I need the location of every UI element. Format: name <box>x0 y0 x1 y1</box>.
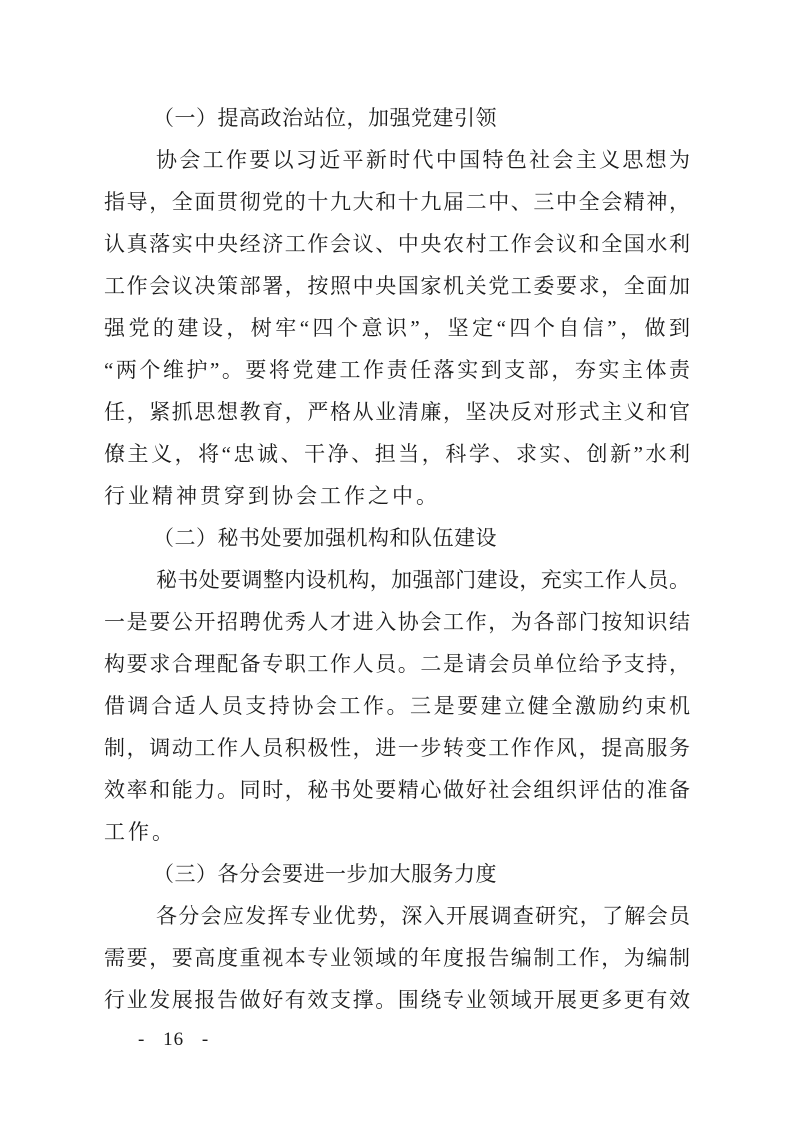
paragraph-line: 指导，全面贯彻党的十九大和十九届二中、三中全会精神， <box>104 181 690 223</box>
paragraph-line: 协会工作要以习近平新时代中国特色社会主义思想为 <box>104 139 690 181</box>
paragraph-line: 行业发展报告做好有效支撑。围绕专业领域开展更多更有效 <box>104 979 690 1021</box>
page-number: - 16 - <box>138 1026 209 1054</box>
paragraph-line: 一是要公开招聘优秀人才进入协会工作，为各部门按知识结 <box>104 601 690 643</box>
paragraph-line: 秘书处要调整内设机构，加强部门建设，充实工作人员。 <box>104 559 690 601</box>
paragraph-line: 制，调动工作人员积极性，进一步转变工作作风，提高服务 <box>104 727 690 769</box>
document-body: （一）提高政治站位，加强党建引领协会工作要以习近平新时代中国特色社会主义思想为指… <box>104 97 690 1021</box>
paragraph-line: 行业精神贯穿到协会工作之中。 <box>104 475 690 517</box>
paragraph-line: 认真落实中央经济工作会议、中央农村工作会议和全国水利 <box>104 223 690 265</box>
paragraph-line: 强党的建设，树牢“四个意识”，坚定“四个自信”，做到 <box>104 307 690 349</box>
paragraph-line: 构要求合理配备专职工作人员。二是请会员单位给予支持， <box>104 643 690 685</box>
paragraph-line: 工作。 <box>104 811 690 853</box>
paragraph-line: 工作会议决策部署，按照中央国家机关党工委要求，全面加 <box>104 265 690 307</box>
section-heading: （二）秘书处要加强机构和队伍建设 <box>104 517 690 559</box>
paragraph-line: 各分会应发挥专业优势，深入开展调查研究，了解会员 <box>104 895 690 937</box>
paragraph-line: 需要，要高度重视本专业领域的年度报告编制工作，为编制 <box>104 937 690 979</box>
document-page: （一）提高政治站位，加强党建引领协会工作要以习近平新时代中国特色社会主义思想为指… <box>0 0 800 1131</box>
section-heading: （三）各分会要进一步加大服务力度 <box>104 853 690 895</box>
paragraph-line: 借调合适人员支持协会工作。三是要建立健全激励约束机 <box>104 685 690 727</box>
section-heading: （一）提高政治站位，加强党建引领 <box>104 97 690 139</box>
paragraph-line: 僚主义，将“忠诚、干净、担当，科学、求实、创新”水利 <box>104 433 690 475</box>
paragraph-line: 效率和能力。同时，秘书处要精心做好社会组织评估的准备 <box>104 769 690 811</box>
paragraph-line: “两个维护”。要将党建工作责任落实到支部，夯实主体责 <box>104 349 690 391</box>
paragraph-line: 任，紧抓思想教育，严格从业清廉，坚决反对形式主义和官 <box>104 391 690 433</box>
